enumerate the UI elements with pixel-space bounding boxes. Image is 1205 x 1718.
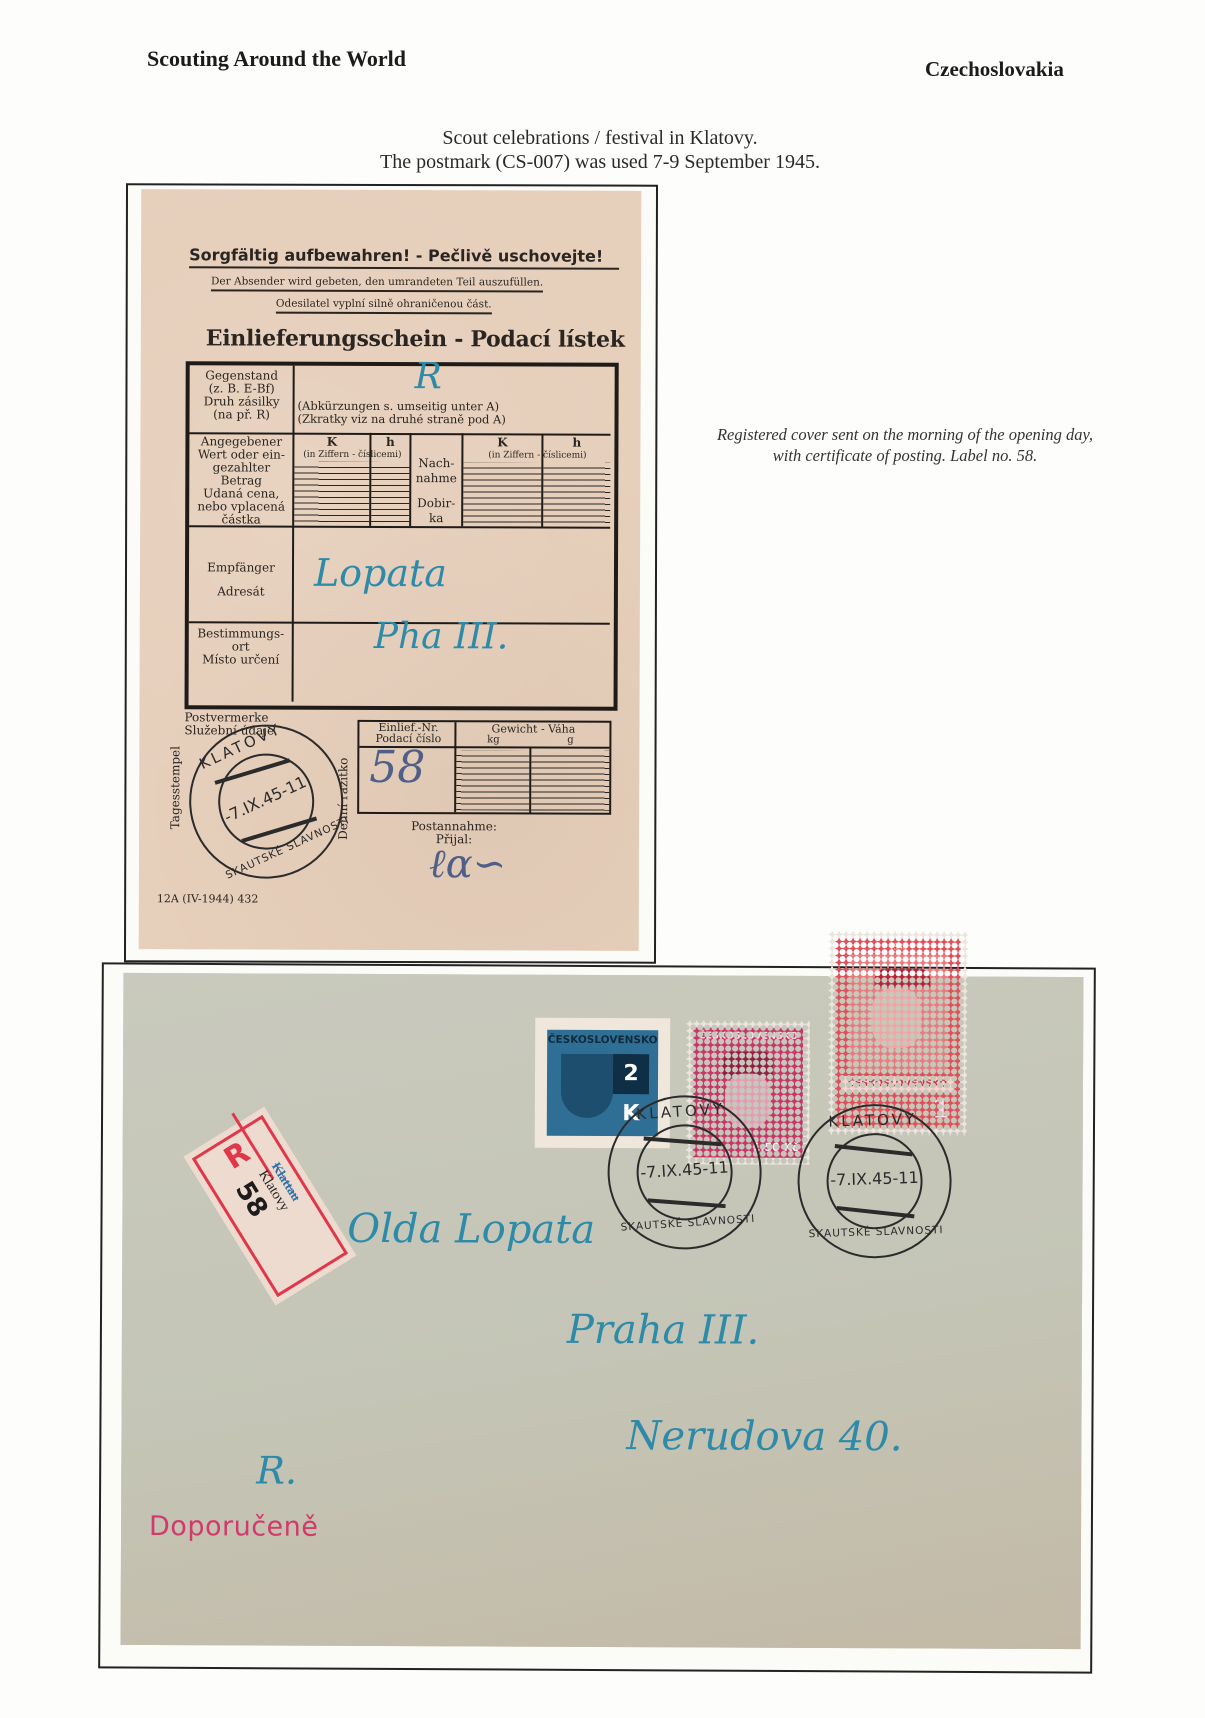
destination-label: Bestimmungs- ort Místo určení (191, 627, 291, 666)
page-caption: Scout celebrations / festival in Klatovy… (300, 126, 900, 174)
cover-postmark-2: KLATOVY -7.IX.45-11 SKAUTSKÉ SLAVNOSTI (795, 1102, 954, 1261)
stamp-year: 1945 (836, 941, 961, 952)
note-line-2: with certificate of posting. Label no. 5… (680, 445, 1130, 466)
receipt-number-handwritten: 58 (369, 742, 425, 793)
stamp-country: ČESKOSLOVENSKO (547, 1034, 658, 1046)
daily-stamp-label-de: Tagesstempel (169, 746, 182, 829)
stamp-value: 2 K (613, 1054, 649, 1094)
declared-value-label: Angegebener Wert oder ein- gezahlter Bet… (191, 435, 291, 526)
caption-line-1: Scout celebrations / festival in Klatovy… (300, 126, 900, 150)
destination-handwritten: Pha III. (374, 616, 509, 657)
recipient-label: Empfänger Adresát (191, 555, 291, 603)
certificate-instruction-de: Der Absender wird gebeten, den umrandete… (211, 275, 543, 292)
registration-label: R Klattau Klatovy 58 (184, 1107, 357, 1306)
cod-k-header: K (463, 436, 541, 449)
value-h-header: h (371, 436, 409, 449)
country-title: Czechoslovakia (925, 57, 1064, 82)
cap-icon (723, 1052, 773, 1076)
receipt-weight-table: Einlief.-Nr. Podací číslo Gewicht - Váha… (357, 720, 611, 815)
receipt-number-label: Einlief.-Nr. Podací číslo (362, 722, 454, 744)
recipient-handwritten: Lopata (314, 551, 447, 595)
address-street: Nerudova 40. (626, 1413, 902, 1460)
portrait-icon (849, 954, 947, 1072)
certificate-form-table: Gegenstand (z. B. E-Bf) Druh zásilky (na… (185, 361, 619, 711)
cod-label: Nach- nahme Dobir- ka (411, 456, 461, 526)
registered-cover: R Klattau Klatovy 58 ČESKOSLOVENSKO 2 K … (121, 973, 1084, 1649)
registered-handwritten-mark: R. (256, 1448, 297, 1492)
address-city: Praha III. (567, 1307, 760, 1354)
address-name: Olda Lopata (347, 1206, 595, 1253)
certificate-heading: Sorgfältig aufbewahren! - Pečlivě uschov… (189, 245, 619, 270)
clerk-signature: ℓα∽ (429, 840, 506, 887)
item-type-hint: (Abkürzungen s. umseitig unter A) (Zkrat… (298, 400, 610, 427)
caption-line-2: The postmark (CS-007) was used 7-9 Septe… (300, 150, 900, 174)
weight-kg: kg (457, 733, 529, 746)
weight-g: g (531, 733, 609, 746)
cod-digits-header: (in Ziffern - číslicemi) (462, 449, 612, 463)
certificate-instruction-cz: Odesilatel vyplní silně ohraničenou část… (276, 298, 492, 315)
cover-postmark-1: KLATOVY -7.IX.45-11 SKAUTSKÉ SLAVNOSTI (603, 1090, 767, 1254)
item-type-handwritten: R (415, 356, 442, 397)
note-line-1: Registered cover sent on the morning of … (680, 424, 1130, 445)
value-k-header: K (294, 436, 369, 449)
registered-handstamp: Doporučeně (149, 1511, 319, 1543)
certificate-title: Einlieferungsschein - Podací lístek (206, 325, 625, 352)
stamp-masaryk-1k: 1945 ČESKOSLOVENSKO 1 (828, 931, 968, 1136)
cod-h-header: h (543, 437, 610, 450)
value-digits-header: (in Ziffern - číslicemi) (293, 449, 411, 462)
stamp-country: ČESKOSLOVENSKO (693, 1030, 803, 1041)
item-type-label: Gegenstand (z. B. E-Bf) Druh zásilky (na… (192, 369, 292, 421)
description-note: Registered cover sent on the morning of … (680, 424, 1130, 466)
stamp-country: ČESKOSLOVENSKO (841, 1076, 954, 1092)
album-series-title: Scouting Around the World (147, 46, 406, 72)
certificate-of-posting: Sorgfältig aufbewahren! - Pečlivě uschov… (139, 189, 642, 951)
form-code: 12A (IV-1944) 432 (157, 892, 259, 905)
stamp-value: 1.50 Kč (753, 1141, 799, 1154)
